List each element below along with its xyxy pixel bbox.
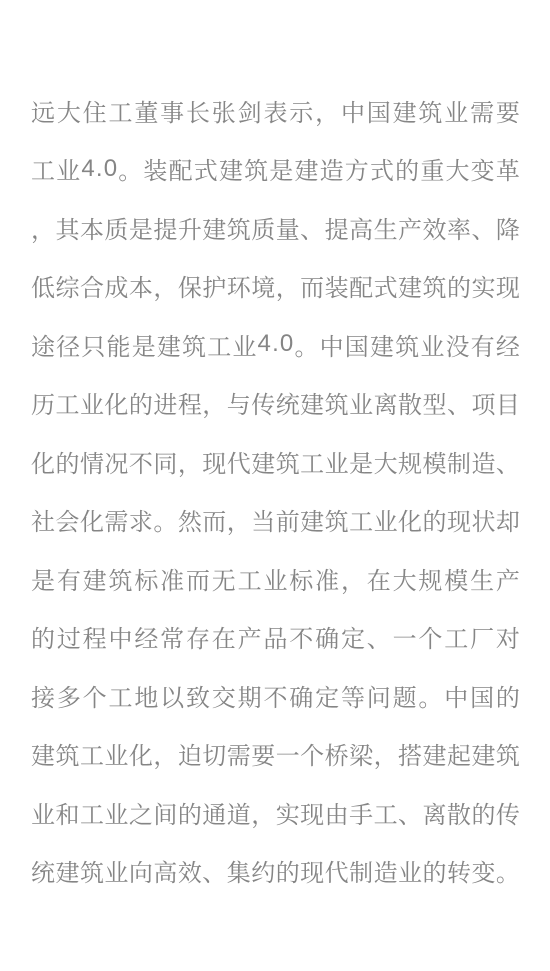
text-line: 是有建筑标准而无工业标准，在大规模生产 — [31, 549, 520, 608]
text-line: ，其本质是提升建筑质量、提高生产效率、降 — [31, 198, 520, 257]
text-line: 建筑工业化，迫切需要一个桥梁，搭建起建筑 — [31, 725, 520, 784]
text-line: 工业4.0。装配式建筑是建造方式的重大变革 — [31, 140, 520, 199]
text-line: 的过程中经常存在产品不确定、一个工厂对 — [31, 608, 520, 667]
text-line: 社会化需求。然而，当前建筑工业化的现状却 — [31, 491, 520, 550]
text-line: 统建筑业向高效、集约的现代制造业的转变。 — [31, 842, 520, 901]
text-line: 接多个工地以致交期不确定等问题。中国的 — [31, 666, 520, 725]
text-line: 化的情况不同，现代建筑工业是大规模制造、 — [31, 432, 520, 491]
text-line: 低综合成本，保护环境，而装配式建筑的实现 — [31, 257, 520, 316]
text-line: 远大住工董事长张剑表示，中国建筑业需要 — [31, 81, 520, 140]
text-line: 业和工业之间的通道，实现由手工、离散的传 — [31, 783, 520, 842]
text-line: 历工业化的进程，与传统建筑业离散型、项目 — [31, 374, 520, 433]
page: 远大住工董事长张剑表示，中国建筑业需要 工业4.0。装配式建筑是建造方式的重大变… — [0, 0, 550, 971]
article-body: 远大住工董事长张剑表示，中国建筑业需要 工业4.0。装配式建筑是建造方式的重大变… — [31, 81, 520, 900]
text-line: 途径只能是建筑工业4.0。中国建筑业没有经 — [31, 315, 520, 374]
